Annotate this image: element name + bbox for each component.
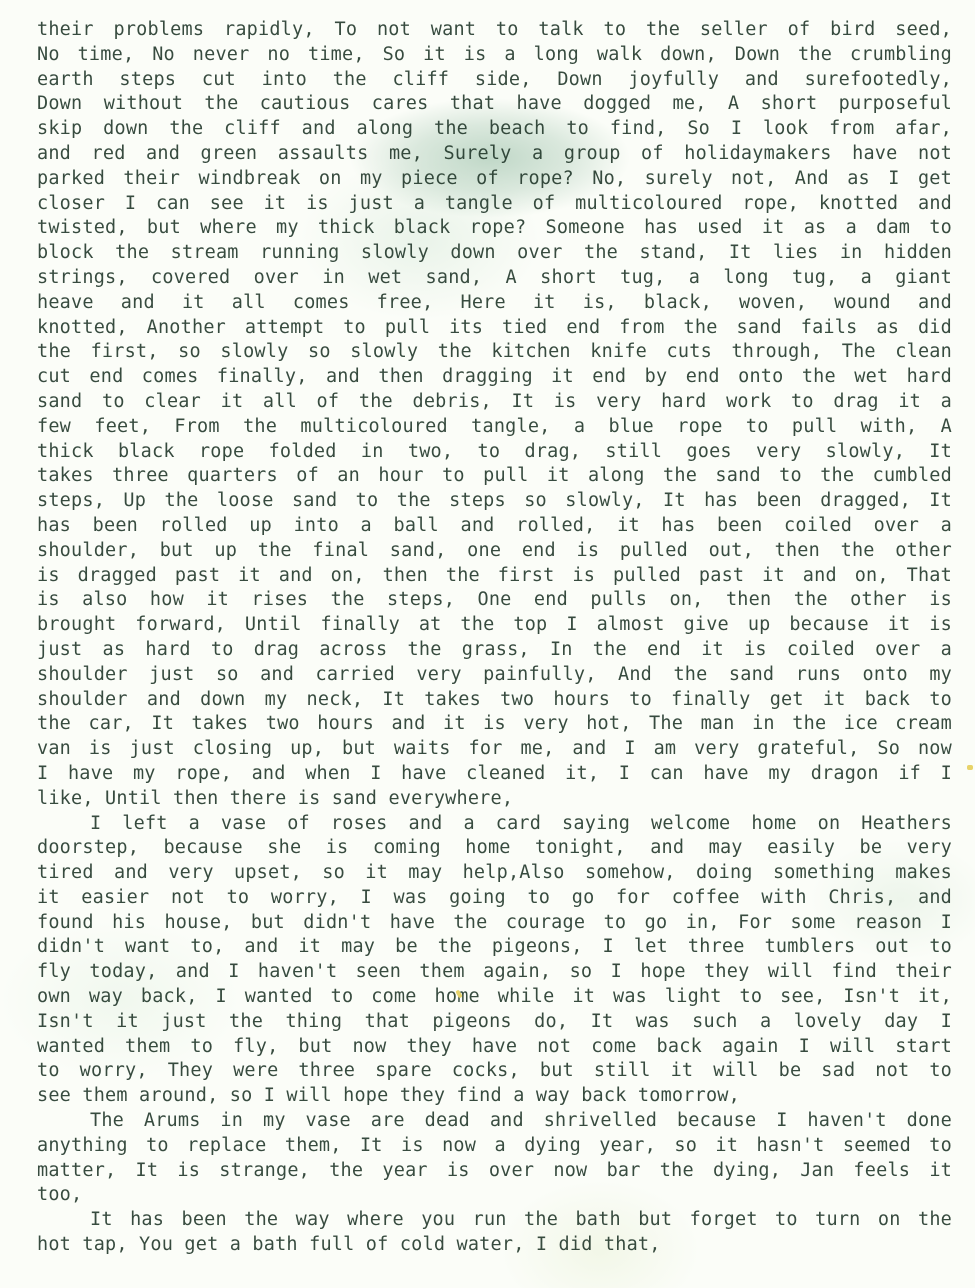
- text-line: I left a vase of roses and a card saying…: [37, 812, 952, 837]
- text-line: Isn't it just the thing that pigeons do,…: [37, 1010, 952, 1035]
- text-line: and red and green assaults me, Surely a …: [37, 142, 952, 167]
- typed-page: their problems rapidly, To not want to t…: [37, 18, 952, 1258]
- text-line: doorstep, because she is coming home ton…: [37, 836, 952, 861]
- text-line: cut end comes finally, and then dragging…: [37, 365, 952, 390]
- paragraph: I left a vase of roses and a card saying…: [37, 812, 952, 1110]
- text-line: has been rolled up into a ball and rolle…: [37, 514, 952, 539]
- text-line: it easier not to worry, I was going to g…: [37, 886, 952, 911]
- text-line: didn't want to, and it may be the pigeon…: [37, 935, 952, 960]
- text-line: few feet, From the multicoloured tangle,…: [37, 415, 952, 440]
- text-line: their problems rapidly, To not want to t…: [37, 18, 952, 43]
- text-line: van is just closing up, but waits for me…: [37, 737, 952, 762]
- text-line: thick black rope folded in two, to drag,…: [37, 440, 952, 465]
- text-line: to worry, They were three spare cocks, b…: [37, 1059, 952, 1084]
- text-line: skip down the cliff and along the beach …: [37, 117, 952, 142]
- text-line: knotted, Another attempt to pull its tie…: [37, 316, 952, 341]
- text-line: the car, It takes two hours and it is ve…: [37, 712, 952, 737]
- text-line: earth steps cut into the cliff side, Dow…: [37, 68, 952, 93]
- text-line: is also how it rises the steps, One end …: [37, 588, 952, 613]
- text-line: takes three quarters of an hour to pull …: [37, 464, 952, 489]
- text-line: is dragged past it and on, then the firs…: [37, 564, 952, 589]
- text-line: No time, No never no time, So it is a lo…: [37, 43, 952, 68]
- text-line: block the stream running slowly down ove…: [37, 241, 952, 266]
- text-line: steps, Up the loose sand to the steps so…: [37, 489, 952, 514]
- text-line: It has been the way where you run the ba…: [37, 1208, 952, 1233]
- text-line: closer I can see it is just a tangle of …: [37, 192, 952, 217]
- text-line: too,: [37, 1183, 952, 1208]
- text-line: hot tap, You get a bath full of cold wat…: [37, 1233, 952, 1258]
- text-line: anything to replace them, It is now a dy…: [37, 1134, 952, 1159]
- text-line: the first, so slowly so slowly the kitch…: [37, 340, 952, 365]
- text-line: shoulder and down my neck, It takes two …: [37, 688, 952, 713]
- text-line: shoulder, but up the final sand, one end…: [37, 539, 952, 564]
- text-line: see them around, so I will hope they fin…: [37, 1084, 952, 1109]
- paper-speck: [967, 765, 973, 770]
- paragraph: It has been the way where you run the ba…: [37, 1208, 952, 1258]
- text-line: sand to clear it all of the debris, It i…: [37, 390, 952, 415]
- text-line: strings, covered over in wet sand, A sho…: [37, 266, 952, 291]
- text-line: twisted, but where my thick black rope? …: [37, 216, 952, 241]
- text-line: own way back, I wanted to come home whil…: [37, 985, 952, 1010]
- text-line: tired and very upset, so it may help,Als…: [37, 861, 952, 886]
- paragraph: The Arums in my vase are dead and shrive…: [37, 1109, 952, 1208]
- text-line: brought forward, Until finally at the to…: [37, 613, 952, 638]
- text-line: shoulder just so and carried very painfu…: [37, 663, 952, 688]
- text-line: just as hard to drag across the grass, I…: [37, 638, 952, 663]
- text-line: parked their windbreak on my piece of ro…: [37, 167, 952, 192]
- text-line: found his house, but didn't have the cou…: [37, 911, 952, 936]
- paragraph: their problems rapidly, To not want to t…: [37, 18, 952, 812]
- text-line: I have my rope, and when I have cleaned …: [37, 762, 952, 787]
- text-line: heave and it all comes free, Here it is,…: [37, 291, 952, 316]
- text-line: like, Until then there is sand everywher…: [37, 787, 952, 812]
- text-line: wanted them to fly, but now they have no…: [37, 1035, 952, 1060]
- text-line: Down without the cautious cares that hav…: [37, 92, 952, 117]
- text-line: fly today, and I haven't seen them again…: [37, 960, 952, 985]
- text-line: matter, It is strange, the year is over …: [37, 1159, 952, 1184]
- text-line: The Arums in my vase are dead and shrive…: [37, 1109, 952, 1134]
